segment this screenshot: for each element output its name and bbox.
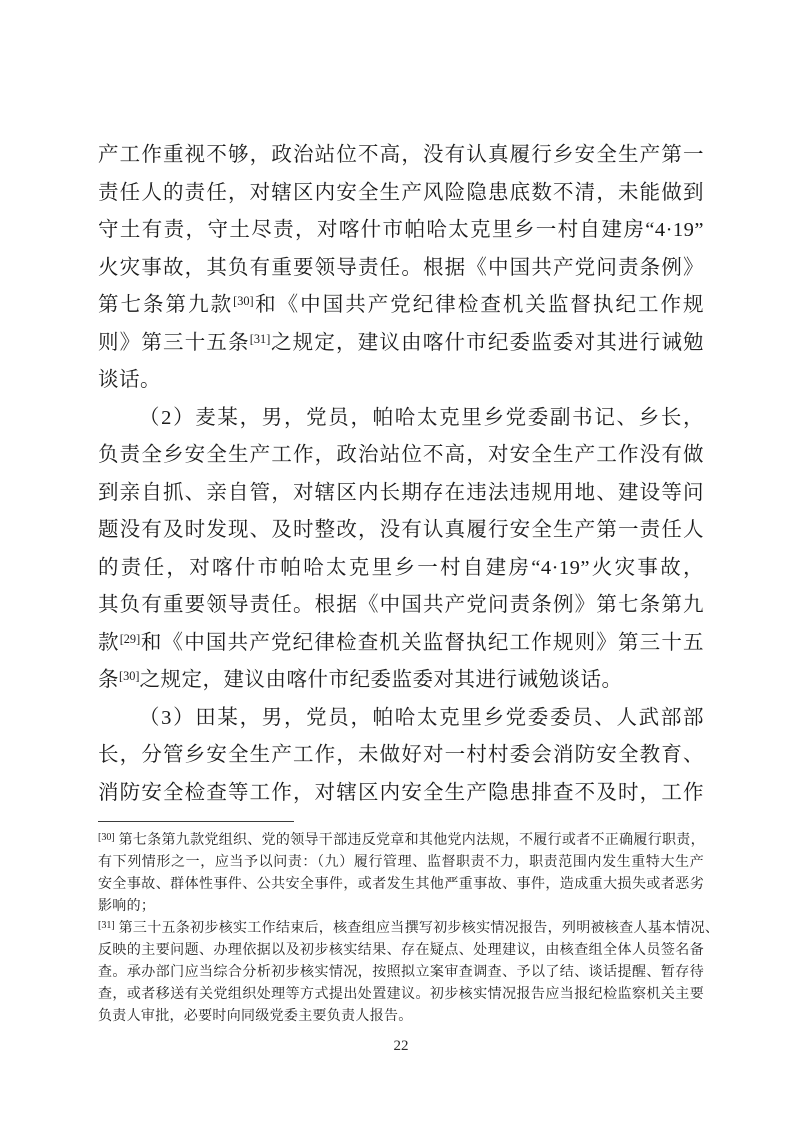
body-paragraph: 产工作重视不够，政治站位不高，没有认真履行乡安全生产第一责任人的责任，对辖区内安… [98, 137, 704, 400]
body-line: 款[29]和《中国共产党纪律检查机关监督执纪工作规则》第三十五 [98, 625, 704, 663]
footnote-line: 反映的主要问题、办理依据以及初步核实结果、存在疑点、处理建议，由核查组全体人员签… [98, 940, 704, 962]
body-line: 守土有责，守土尽责，对喀什市帕哈太克里乡一村自建房“4·19” [98, 212, 704, 250]
body-line: 题没有及时发现、及时整改，没有认真履行安全生产第一责任人 [98, 512, 704, 550]
footnote-line: 有下列情形之一，应当予以问责：（九）履行管理、监督职责不力，职责范围内发生重特大… [98, 852, 704, 874]
footnote-separator [98, 821, 294, 822]
body-line: （3）田某，男，党员，帕哈太克里乡党委委员、人武部部 [98, 700, 704, 738]
body-line: 的责任，对喀什市帕哈太克里乡一村自建房“4·19”火灾事故， [98, 550, 704, 588]
footnote-ref: [30] [233, 294, 254, 308]
body-line: 长，分管乡安全生产工作，未做好对一村村委会消防安全教育、 [98, 737, 704, 775]
body-line: 责任人的责任，对辖区内安全生产风险隐患底数不清，未能做到 [98, 175, 704, 213]
body-line: 条[30]之规定，建议由喀什市纪委监委对其进行诫勉谈话。 [98, 662, 704, 700]
footnote-ref: [31] [98, 920, 115, 931]
body-paragraph: （3）田某，男，党员，帕哈太克里乡党委委员、人武部部长，分管乡安全生产工作，未做… [98, 700, 704, 813]
footnote-line: 查。承办部门应当综合分析初步核实情况，按照拟立案审查调查、予以了结、谈话提醒、暂… [98, 962, 704, 984]
footnote-line: [31] 第三十五条初步核实工作结束后，核查组应当撰写初步核实情况报告，列明被核… [98, 918, 704, 940]
page-number: 22 [98, 1038, 704, 1055]
body-paragraph: （2）麦某，男，党员，帕哈太克里乡党委副书记、乡长，负责全乡安全生产工作，政治站… [98, 400, 704, 700]
document-page: 产工作重视不够，政治站位不高，没有认真履行乡安全生产第一责任人的责任，对辖区内安… [0, 0, 793, 1122]
footnote-line: 查，或者移送有关党组织处理等方式提出处置建议。初步核实情况报告应当报纪检监察机关… [98, 984, 704, 1006]
footnote-item: [30] 第七条第九款党组织、党的领导干部违反党章和其他党内法规，不履行或者不正… [98, 830, 704, 918]
body-line: 到亲自抓、亲自管，对辖区内长期存在违法违规用地、建设等问 [98, 475, 704, 513]
body-line: 第七条第九款[30]和《中国共产党纪律检查机关监督执纪工作规 [98, 287, 704, 325]
footnotes-section: [30] 第七条第九款党组织、党的领导干部违反党章和其他党内法规，不履行或者不正… [98, 830, 704, 1028]
body-line: 则》第三十五条[31]之规定，建议由喀什市纪委监委对其进行诫勉 [98, 325, 704, 363]
footnote-ref: [31] [250, 332, 271, 346]
footnote-ref: [30] [119, 669, 140, 683]
footnote-item: [31] 第三十五条初步核实工作结束后，核查组应当撰写初步核实情况报告，列明被核… [98, 918, 704, 1028]
body-line: 谈话。 [98, 362, 704, 400]
body-line: 火灾事故，其负有重要领导责任。根据《中国共产党问责条例》 [98, 250, 704, 288]
footnote-line: 安全事故、群体性事件、公共安全事件，或者发生其他严重事故、事件，造成重大损失或者… [98, 874, 704, 896]
body-line: 负责全乡安全生产工作，政治站位不高，对安全生产工作没有做 [98, 437, 704, 475]
footnote-ref: [30] [98, 832, 115, 843]
body-line: 产工作重视不够，政治站位不高，没有认真履行乡安全生产第一 [98, 137, 704, 175]
body-line: 消防安全检查等工作，对辖区内安全生产隐患排查不及时，工作 [98, 775, 704, 813]
body-line: 其负有重要领导责任。根据《中国共产党问责条例》第七条第九 [98, 587, 704, 625]
document-body: 产工作重视不够，政治站位不高，没有认真履行乡安全生产第一责任人的责任，对辖区内安… [98, 137, 704, 812]
footnote-ref: [29] [120, 632, 141, 646]
footnote-line: [30] 第七条第九款党组织、党的领导干部违反党章和其他党内法规，不履行或者不正… [98, 830, 704, 852]
footnote-line: 负责人审批，必要时向同级党委主要负责人报告。 [98, 1006, 704, 1028]
footnote-line: 影响的； [98, 896, 704, 918]
body-line: （2）麦某，男，党员，帕哈太克里乡党委副书记、乡长， [98, 400, 704, 438]
